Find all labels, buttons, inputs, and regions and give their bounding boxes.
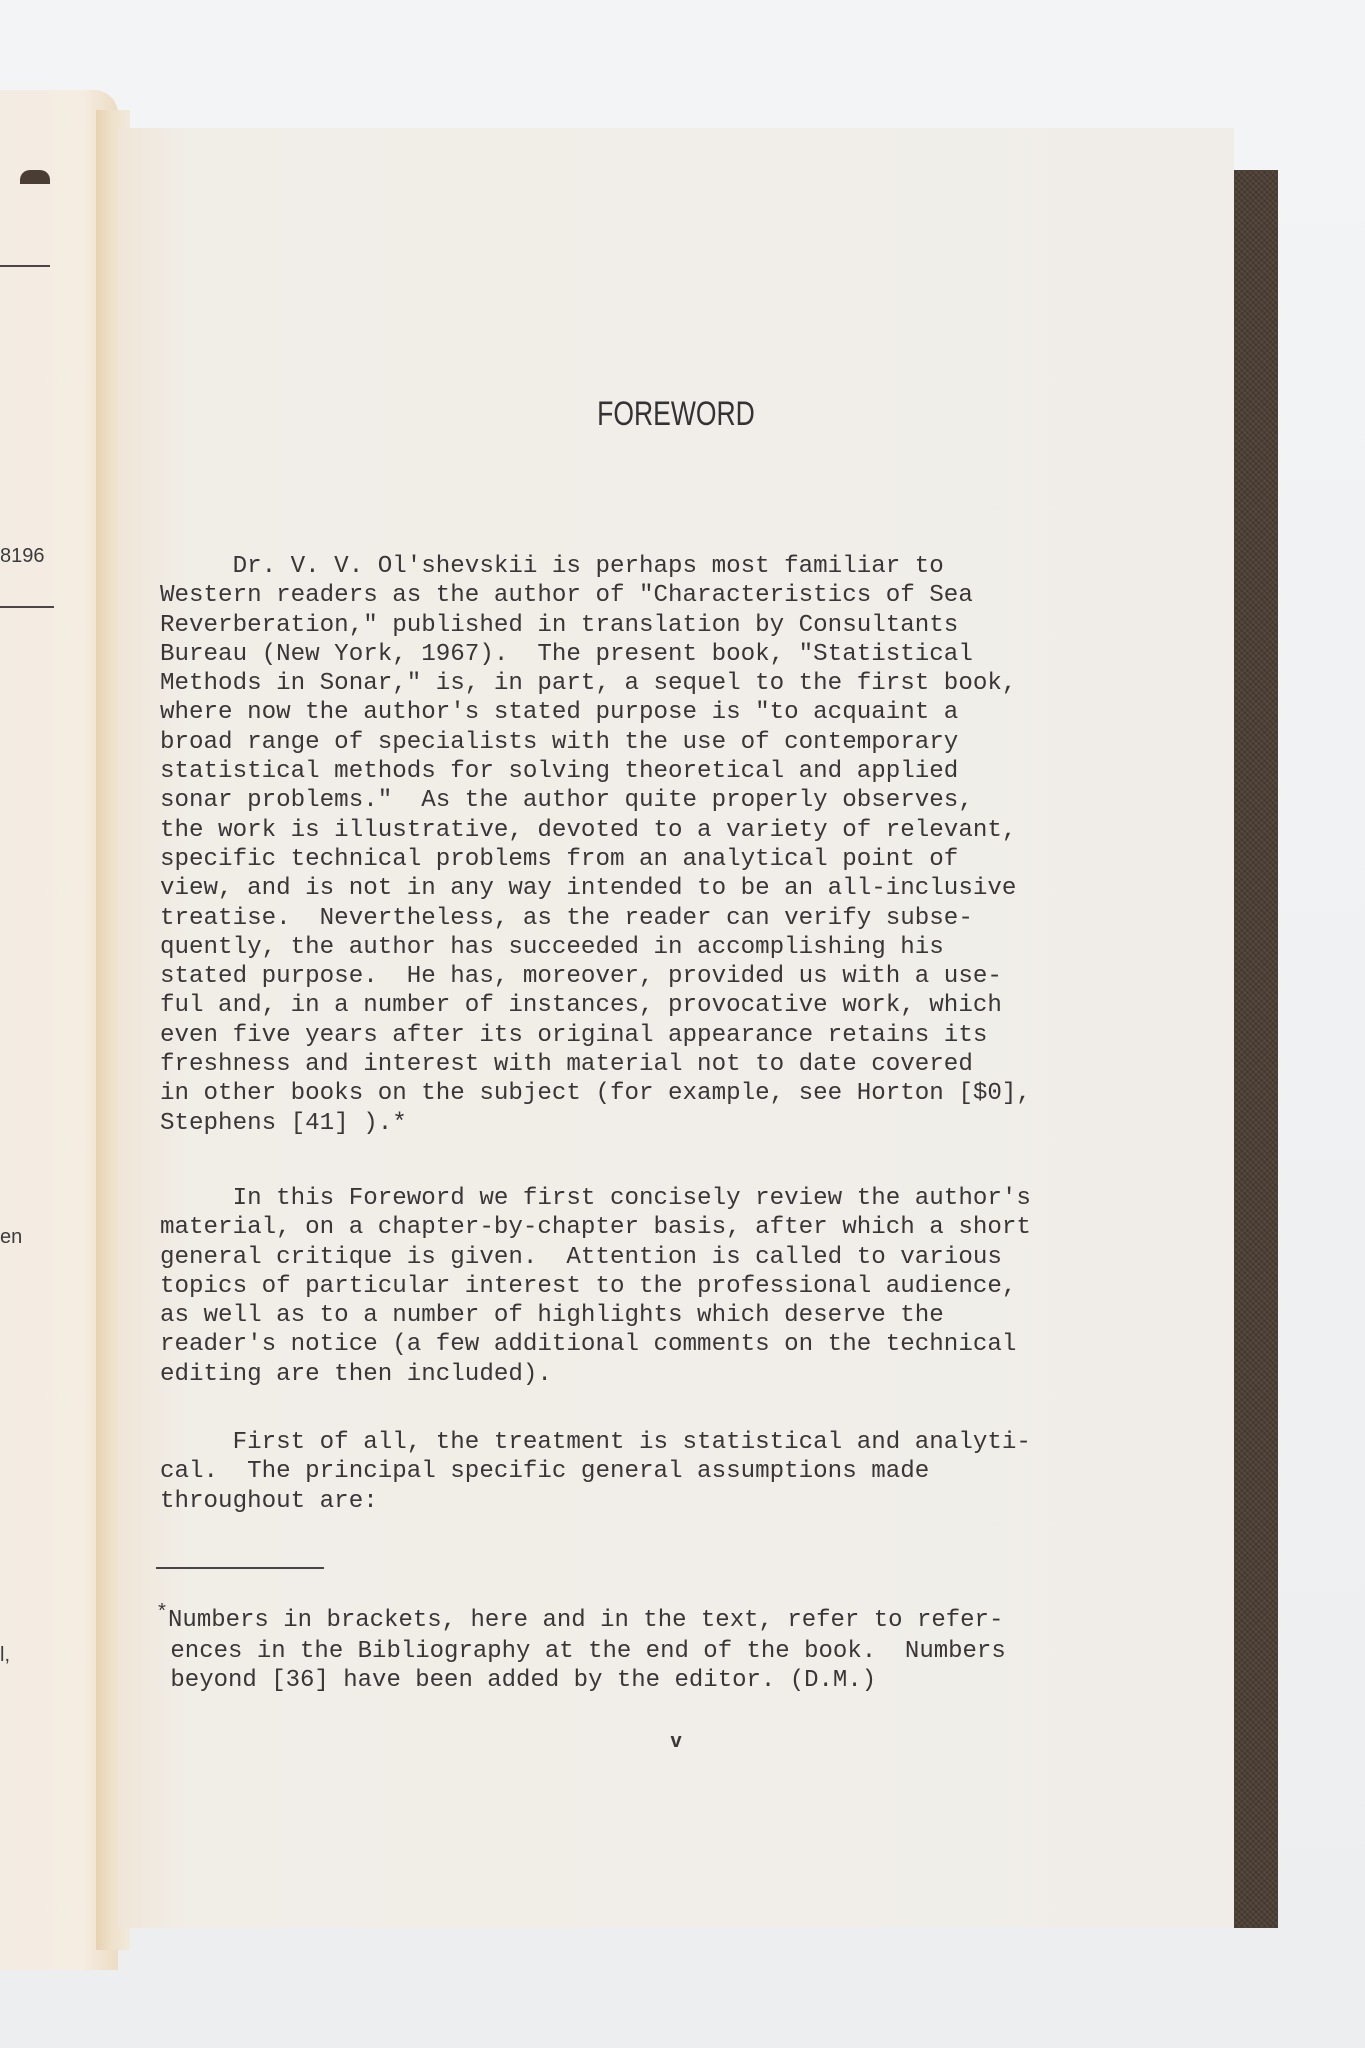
page-title: FOREWORD xyxy=(241,395,1111,434)
book-cover-edge xyxy=(1234,170,1278,1928)
footnote-mark: * xyxy=(156,1602,168,1625)
paragraph-3: First of all, the treatment is statistic… xyxy=(160,1428,1180,1516)
left-page-cover-corner xyxy=(20,170,50,184)
page-number: v xyxy=(118,1730,1234,1753)
left-page-fragment: 8196 xyxy=(0,545,45,568)
footnote-separator xyxy=(156,1567,324,1569)
footnote: *Numbers in brackets, here and in the te… xyxy=(156,1606,1156,1696)
left-page-rule xyxy=(0,265,50,267)
paragraph-1: Dr. V. V. Ol'shevskii is perhaps most fa… xyxy=(160,552,1180,1138)
paragraph-2: In this Foreword we first concisely revi… xyxy=(160,1184,1180,1389)
left-page-fragment: l, xyxy=(0,1644,10,1667)
document-page: FOREWORD Dr. V. V. Ol'shevskii is perhap… xyxy=(118,128,1234,1928)
left-page-rule xyxy=(0,606,54,608)
left-page-fragment: en xyxy=(0,1226,22,1249)
footnote-text: Numbers in brackets, here and in the tex… xyxy=(156,1607,1006,1694)
